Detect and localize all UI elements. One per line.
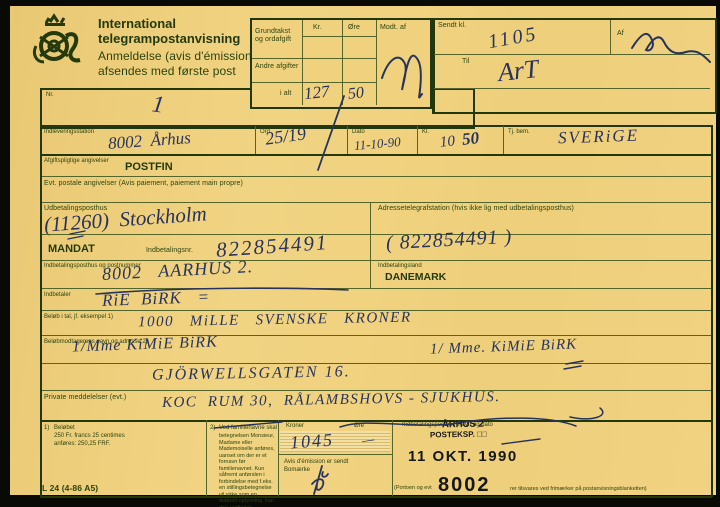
pen-strokes-overlay [10, 6, 716, 494]
form-paper: International telegrampostanvisning Anme… [10, 6, 716, 495]
scanned-form: International telegrampostanvisning Anme… [0, 0, 720, 507]
bottom-frame-rule [40, 496, 712, 498]
